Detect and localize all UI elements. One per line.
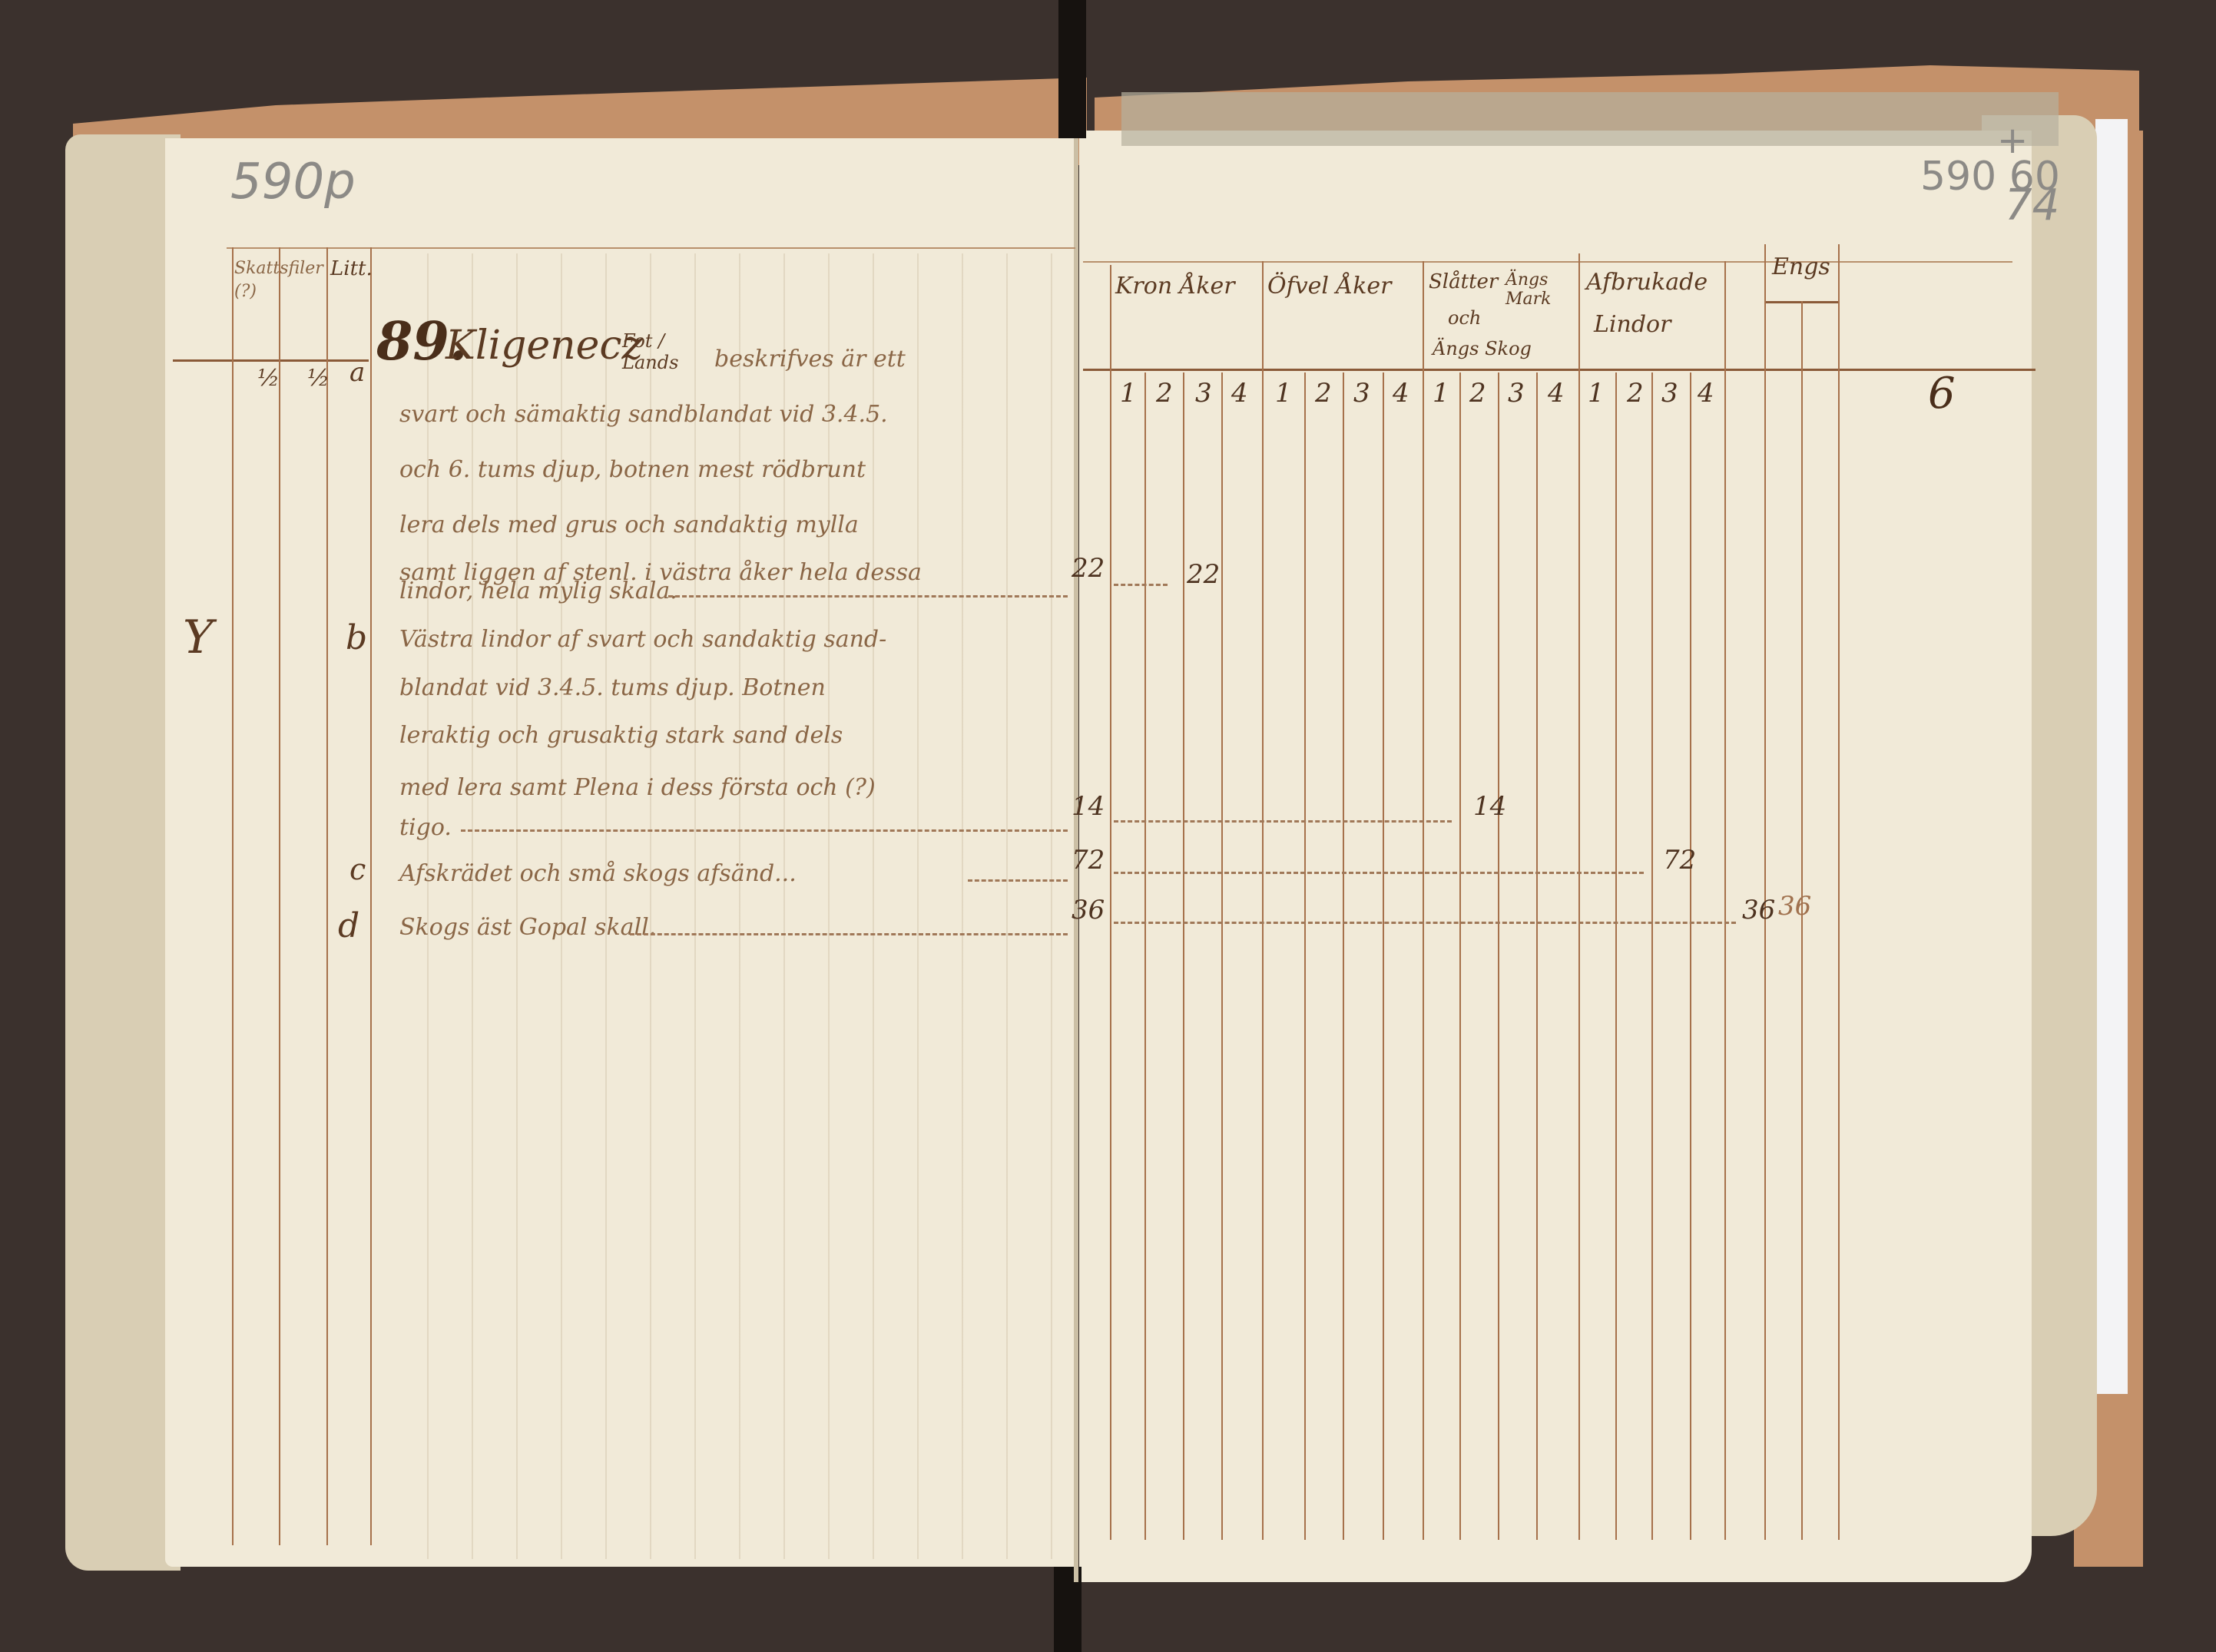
col-header-engs: Engs	[1772, 253, 1830, 280]
row-d-value-1: 36	[1742, 895, 1775, 925]
col-header-kron-aker: Kron Åker	[1115, 273, 1235, 300]
margin-header-col2: Litt.	[330, 257, 373, 280]
margin-fraction-2: ½	[307, 365, 330, 392]
row-d-total: 36	[1072, 895, 1105, 925]
row-b-leader	[1114, 820, 1452, 823]
margin-fraction-1: ½	[257, 365, 280, 392]
col-line	[1110, 265, 1111, 1540]
row-c-total: 72	[1072, 845, 1105, 876]
item-letter-a: a	[349, 357, 365, 388]
white-insert-strip	[2095, 119, 2128, 1394]
item-a-line-1: svart och sämaktig sandblandat vid 3.4.5…	[399, 401, 888, 428]
left-margin-line-1	[232, 247, 234, 1545]
sub-4: 4	[1231, 378, 1248, 409]
row-a-total: 22	[1072, 553, 1105, 584]
col-line	[1578, 253, 1580, 1540]
col-header-ofvel-aker: Öfvel Åker	[1267, 273, 1391, 300]
item-d-line-0: Skogs äst Gopal skall.	[399, 914, 656, 941]
item-b-line-0: Västra lindor af svart och sandaktig san…	[399, 626, 886, 653]
pencil-folio-corner: 74	[2005, 180, 2059, 230]
col-line	[1690, 372, 1691, 1540]
row-b-value: 14	[1473, 791, 1506, 822]
col-line	[1651, 372, 1653, 1540]
sub-2: 2	[1469, 378, 1486, 409]
col-line	[1304, 372, 1306, 1540]
sub-2: 2	[1627, 378, 1644, 409]
sub-3: 3	[1661, 378, 1678, 409]
col-line	[1262, 261, 1264, 1540]
col-header-angs-skog: Ängs Skog	[1433, 338, 1532, 359]
right-header-top-rule	[1083, 261, 2012, 263]
col-header-afbrukade: Afbrukade	[1586, 269, 1708, 296]
item-b-line-4: tigo.	[399, 814, 452, 841]
item-a-leader	[668, 595, 1068, 598]
left-faint-ruling	[384, 253, 1060, 1559]
col-line	[1343, 372, 1344, 1540]
row-d-value-2: 36	[1778, 891, 1811, 922]
sub-4: 4	[1548, 378, 1565, 409]
sub-3: 3	[1353, 378, 1370, 409]
entry-place-bracket: Fot / Lands	[622, 330, 699, 373]
right-page-top-stain	[1121, 92, 2059, 146]
item-d-leader	[630, 933, 1068, 935]
left-margin-line-2	[279, 247, 280, 1545]
col-line	[1764, 244, 1766, 1540]
item-b-leader	[461, 829, 1068, 832]
left-header-bottom-rule	[173, 359, 369, 362]
item-letter-d: d	[338, 906, 359, 945]
sub-2: 2	[1156, 378, 1173, 409]
margin-header-col1: Skattsfiler (?)	[234, 257, 334, 303]
col-header-slatter: Slåtter	[1429, 270, 1498, 293]
sub-4: 4	[1698, 378, 1714, 409]
col-line	[1183, 372, 1184, 1540]
right-margin-mark: 6	[1928, 369, 1956, 419]
row-b-total: 14	[1072, 791, 1105, 822]
sub-1: 1	[1588, 378, 1605, 409]
sub-2: 2	[1315, 378, 1332, 409]
col-line	[1838, 244, 1840, 1540]
left-header-top-rule	[227, 247, 1075, 249]
item-b-line-2: leraktig och grusaktig stark sand dels	[399, 722, 843, 749]
entry-place: Kligenecz	[446, 323, 643, 369]
col-line	[1724, 261, 1726, 1540]
sub-3: 3	[1508, 378, 1525, 409]
item-letter-b: b	[346, 618, 367, 657]
sub-4: 4	[1393, 378, 1409, 409]
sub-1: 1	[1120, 378, 1137, 409]
item-c-line-0: Afskrädet och små skogs afsänd...	[399, 860, 797, 887]
sub-3: 3	[1195, 378, 1212, 409]
item-letter-c: c	[349, 852, 366, 886]
row-c-leader	[1114, 872, 1644, 874]
row-c-value: 72	[1663, 845, 1696, 876]
sub-1: 1	[1433, 378, 1449, 409]
col-line	[1383, 372, 1384, 1540]
col-header-angs-mark: Ängs Mark	[1505, 270, 1575, 309]
item-a-line-3: lera dels med grus och sandaktig mylla	[399, 511, 859, 538]
col-line	[1144, 372, 1146, 1540]
col-line	[1615, 372, 1617, 1540]
item-a-line-0: beskrifves är ett	[714, 346, 906, 372]
left-margin-line-4	[370, 247, 372, 1545]
margin-mark: Y	[183, 611, 214, 664]
col-line	[1536, 372, 1538, 1540]
col-header-lindor: Lindor	[1594, 311, 1671, 338]
col-line	[1221, 372, 1223, 1540]
col-header-och: och	[1448, 307, 1481, 329]
right-header-bottom-rule	[1083, 369, 2035, 371]
left-margin-line-3	[326, 247, 328, 1545]
item-a-line-2: och 6. tums djup, botnen mest rödbrunt	[399, 456, 866, 483]
col-line	[1423, 261, 1424, 1540]
row-d-leader	[1114, 922, 1736, 924]
row-a-value: 22	[1187, 559, 1220, 590]
item-a-line-5: lindor, hela mylig skala.	[399, 578, 677, 604]
left-page-stack-edge	[65, 134, 181, 1571]
item-c-leader	[968, 879, 1068, 882]
item-b-line-1: blandat vid 3.4.5. tums djup. Botnen	[399, 674, 826, 701]
pencil-page-number: 590p	[230, 154, 356, 210]
col-line	[1459, 372, 1461, 1540]
item-b-line-3: med lera samt Plena i dess första och (?…	[399, 774, 876, 801]
plus-mark: +	[1997, 119, 2028, 162]
col-line	[1498, 372, 1499, 1540]
row-a-leader	[1114, 584, 1168, 586]
sub-1: 1	[1275, 378, 1292, 409]
book-spine	[1058, 0, 1086, 138]
